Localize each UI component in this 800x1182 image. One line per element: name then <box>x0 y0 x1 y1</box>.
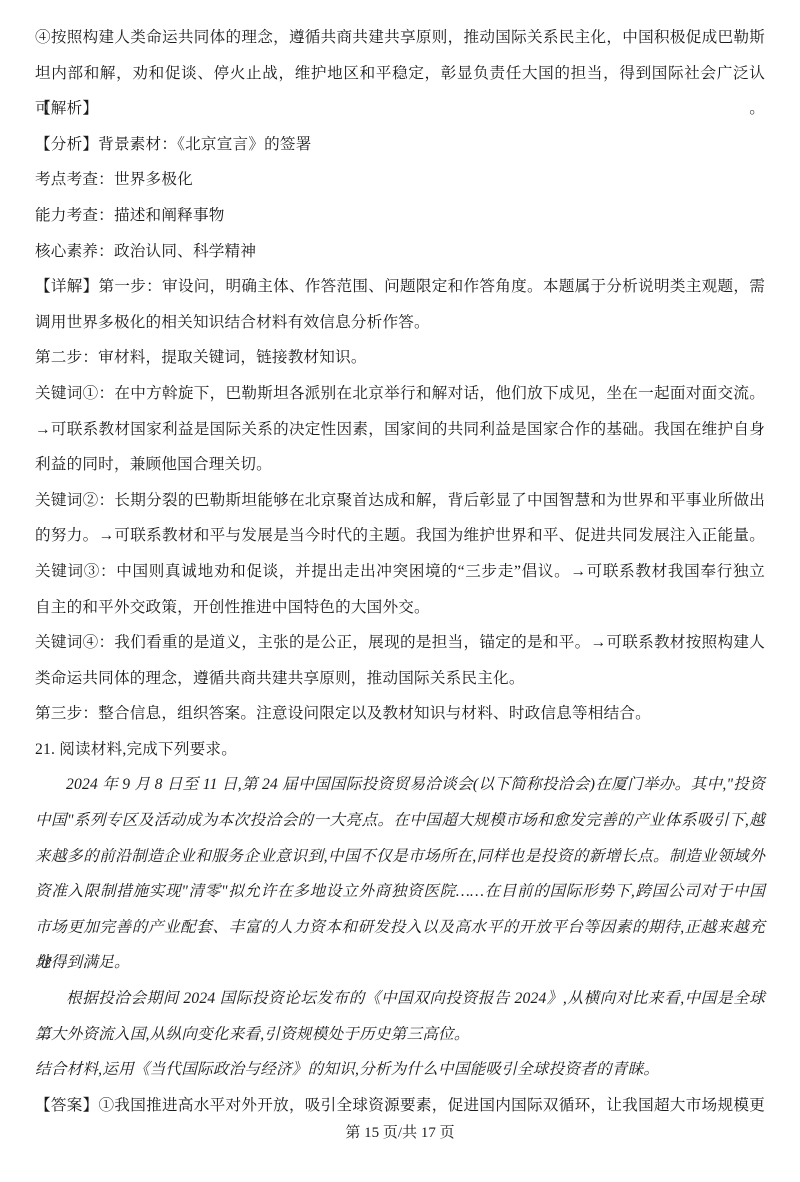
text-line: 关键词④：我们看重的是道义，主张的是公正，展现的是担当，锚定的是和平。→可联系教… <box>35 625 765 661</box>
text-line: 【详解】第一步：审设问，明确主体、作答范围、问题限定和作答角度。本题属于分析说明… <box>35 269 765 305</box>
text-line: 调用世界多极化的相关知识结合材料有效信息分析作答。 <box>35 305 765 341</box>
text-line: 二大外资流入国,从纵向变化来看,引资规模处于历史第三高位。 <box>35 1017 765 1053</box>
text-line: 第二步：审材料，提取关键词，链接教材知识。 <box>35 340 765 376</box>
text-line: 第三步：整合信息，组织答案。注意设问限定以及教材知识与材料、时政信息等相结合。 <box>35 696 765 732</box>
text-line: 考点考查：世界多极化 <box>35 162 765 198</box>
text-line: 中国"系列专区及活动成为本次投洽会的一大亮点。在中国超大规模市场和愈发完善的产业… <box>35 803 765 839</box>
text-line: 自主的和平外交政策，开创性推进中国特色的大国外交。 <box>35 590 765 626</box>
text-line: 【分析】背景素材：《北京宣言》的签署 <box>35 127 765 163</box>
text-line: 核心素养：政治认同、科学精神 <box>35 234 765 270</box>
text-line: 21. 阅读材料,完成下列要求。 <box>35 732 765 768</box>
text-line: 市场更加完善的产业配套、丰富的人力资本和研发投入以及高水平的开放平台等因素的期待… <box>35 910 765 946</box>
page-number: 第 15 页/共 17 页 <box>0 1122 800 1144</box>
text-line: →可联系教材国家利益是国际关系的决定性因素，国家间的共同利益是国家合作的基础。我… <box>35 412 765 448</box>
text-line: 的努力。→可联系教材和平与发展是当今时代的主题。我国为维护世界和平、促进共同发展… <box>35 518 765 554</box>
text-line: 能力考查：描述和阐释事物 <box>35 198 765 234</box>
text-line: 资准入限制措施实现"清零"拟允许在多地设立外商独资医院……在目前的国际形势下,跨… <box>35 874 765 910</box>
text-line: 地得到满足。 <box>35 945 765 981</box>
document-body: ④按照构建人类命运共同体的理念，遵循共商共建共享原则，推动国际关系民主化，中国积… <box>0 0 800 1123</box>
text-line: 【答案】①我国推进高水平对外开放，吸引全球资源要素，促进国内国际双循环，让我国超… <box>35 1088 765 1124</box>
text-line: 根据投洽会期间 2024 国际投资论坛发布的《中国双向投资报告 2024》,从横… <box>35 981 765 1017</box>
text-line: 类命运共同体的理念，遵循共商共建共享原则，推动国际关系民主化。 <box>35 661 765 697</box>
text-line: 来越多的前沿制造企业和服务企业意识到,中国不仅是市场所在,同样也是投资的新增长点… <box>35 839 765 875</box>
text-line: 结合材料,运用《当代国际政治与经济》的知识,分析为什么中国能吸引全球投资者的青睐… <box>35 1052 765 1088</box>
document-page: ④按照构建人类命运共同体的理念，遵循共商共建共享原则，推动国际关系民主化，中国积… <box>0 0 800 1182</box>
text-line: 关键词②：长期分裂的巴勒斯坦能够在北京聚首达成和解，背后彰显了中国智慧和为世界和… <box>35 483 765 519</box>
text-line: 坦内部和解，劝和促谈、停火止战，维护地区和平稳定，彰显负责任大国的担当，得到国际… <box>35 56 765 92</box>
text-line: 关键词①：在中方斡旋下，巴勒斯坦各派别在北京举行和解对话，他们放下成见，坐在一起… <box>35 376 765 412</box>
text-line: 2024 年 9 月 8 日至 11 日,第 24 届中国国际投资贸易洽谈会(以… <box>35 767 765 803</box>
text-line: 关键词③：中国则真诚地劝和促谈，并提出走出冲突困境的“三步走”倡议。→可联系教材… <box>35 554 765 590</box>
text-line: 利益的同时，兼顾他国合理关切。 <box>35 447 765 483</box>
text-line: ④按照构建人类命运共同体的理念，遵循共商共建共享原则，推动国际关系民主化，中国积… <box>35 20 765 56</box>
